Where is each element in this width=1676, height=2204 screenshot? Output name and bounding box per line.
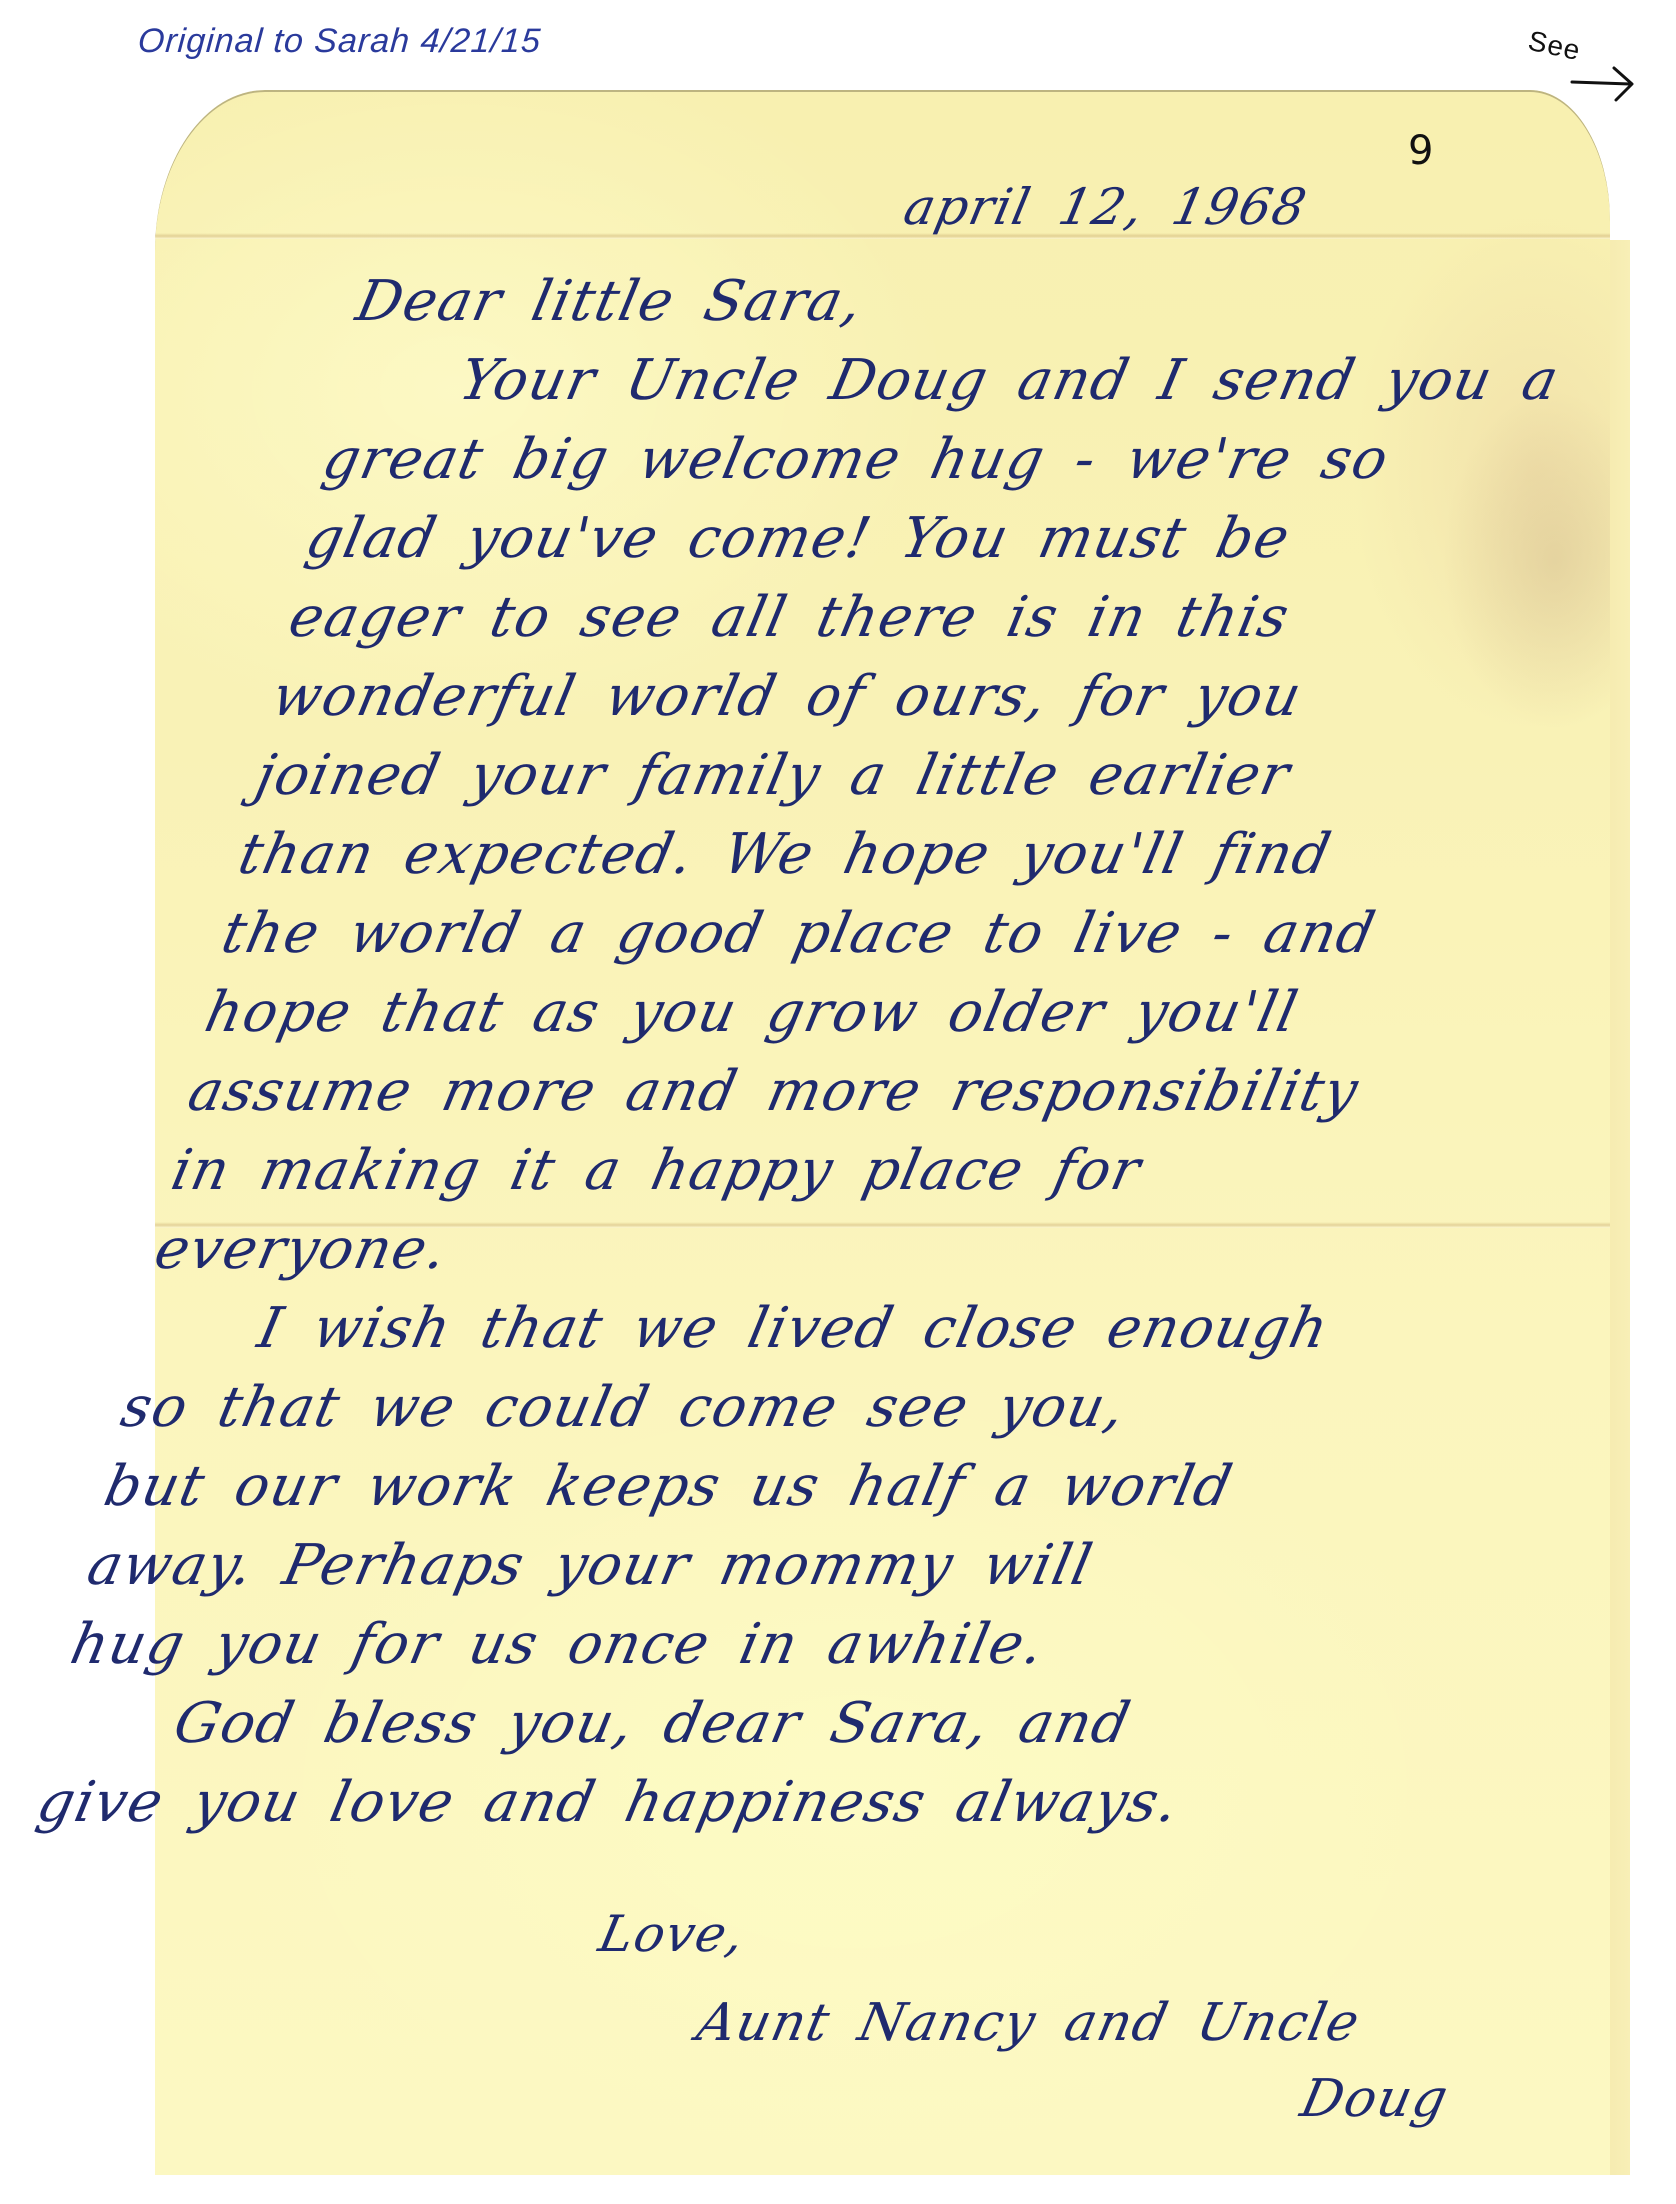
archive-note: Original to Sarah 4/21/15 xyxy=(137,22,543,61)
signature-line: Aunt Nancy and Uncle xyxy=(690,1985,1472,2061)
letter-line: in making it a happy place for xyxy=(164,1131,1398,1210)
letter-line: joined your family a little earlier xyxy=(248,736,1482,815)
letter-line: give you love and happiness always. xyxy=(30,1763,1264,1842)
see-note: See xyxy=(1525,25,1583,67)
letter-line: glad you've come! You must be xyxy=(299,499,1533,578)
letter-line: Your Uncle Doug and I send you a xyxy=(332,341,1566,420)
letter-line: so that we could come see you, xyxy=(114,1368,1348,1447)
fold-crease xyxy=(155,233,1610,239)
signature-line: Doug xyxy=(674,2061,1456,2137)
closing: Love, xyxy=(592,1895,753,1974)
letter-line: hope that as you grow older you'll xyxy=(198,973,1432,1052)
arrow-right-icon xyxy=(1570,64,1640,104)
letter-line: than expected. We hope you'll find xyxy=(232,815,1466,894)
signature: Aunt Nancy and Uncle Doug xyxy=(674,1985,1472,2137)
letter-line: eager to see all there is in this xyxy=(282,578,1516,657)
letter-line: away. Perhaps your mommy will xyxy=(80,1526,1314,1605)
letter-line: great big welcome hug - we're so xyxy=(316,420,1550,499)
date-correction-mark: 9 xyxy=(1408,128,1433,174)
letter-line: assume more and more responsibility xyxy=(181,1052,1415,1131)
letter-line: wonderful world of ours, for you xyxy=(265,657,1499,736)
letter-line: God bless you, dear Sara, and xyxy=(47,1684,1281,1763)
letter-line: but our work keeps us half a world xyxy=(97,1447,1331,1526)
letter-line: everyone. xyxy=(148,1210,1382,1289)
letter-line: I wish that we lived close enough xyxy=(131,1289,1365,1368)
salutation: Dear little Sara, xyxy=(349,262,1583,341)
letter-line: hug you for us once in awhile. xyxy=(64,1605,1298,1684)
letter-line: the world a good place to live - and xyxy=(215,894,1449,973)
letter-date: april 12, 1968 xyxy=(897,168,1315,247)
